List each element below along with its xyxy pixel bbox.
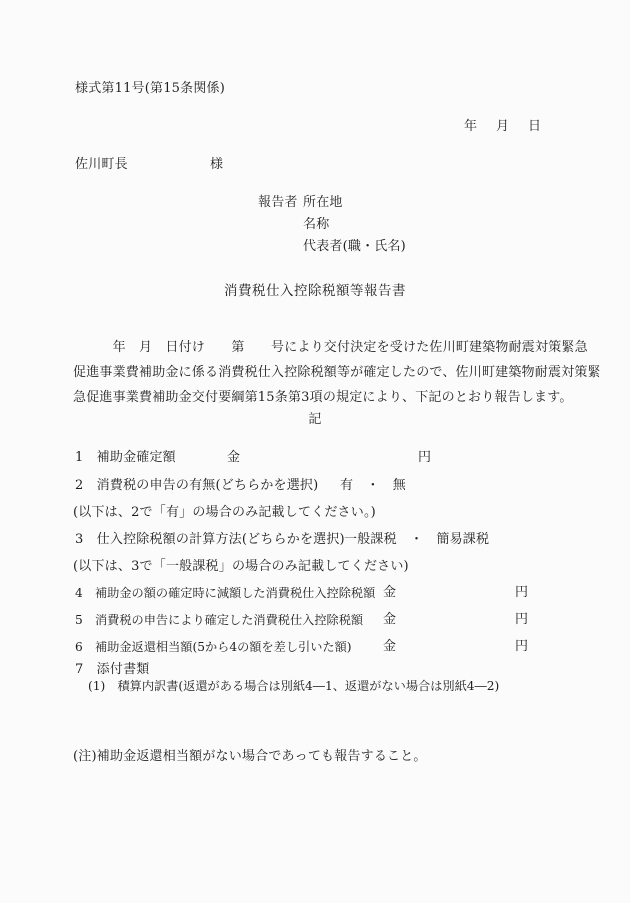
item-5-amount-prefix: 金 — [383, 612, 396, 628]
item-5-amount-suffix: 円 — [515, 612, 528, 628]
item-1-label: 1 補助金確定額 — [75, 450, 176, 466]
body-line-3: 急促進事業費補助金交付要綱第15条第3項の規定により、下記のとおり報告します。 — [73, 390, 573, 406]
item-1-amount-prefix: 金 — [227, 450, 240, 466]
body-line-2: 促進事業費補助金に係る消費税仕入控除税額等が確定したので、佐川町建築物耐震対策緊 — [73, 365, 601, 381]
item-7-label: 7 添付書類 — [75, 662, 149, 678]
item-4-amount-prefix: 金 — [383, 585, 396, 601]
item-4-label: 4 補助金の額の確定時に減額した消費税仕入控除税額 — [75, 585, 375, 601]
addressee-name: 佐川町長 — [75, 157, 128, 173]
item-2-choices: 有 ・ 無 — [340, 478, 406, 494]
reporter-field-address: 所在地 — [303, 195, 343, 211]
reporter-field-name: 名称 — [303, 217, 329, 233]
document-page: 様式第11号(第15条関係) 年 月 日 佐川町長 様 報告者 所在地 名称 代… — [0, 0, 630, 903]
item-3-note: (以下は、3で「一般課税」の場合のみ記載してください) — [73, 559, 409, 575]
date-line: 年 月 日 — [464, 119, 544, 135]
item-3-label: 3 仕入控除税額の計算方法(どちらかを選択) — [75, 532, 345, 548]
body-line-1: 年 月 日付け 第 号により交付決定を受けた佐川町建築物耐震対策緊急 — [73, 340, 588, 356]
document-title: 消費税仕入控除税額等報告書 — [0, 283, 630, 299]
reporter-label: 報告者 — [258, 195, 298, 211]
item-2-label: 2 消費税の申告の有無(どちらかを選択) — [75, 478, 318, 494]
footnote: (注)補助金返還相当額がない場合であっても報告すること。 — [73, 749, 427, 765]
item-6-amount-suffix: 円 — [515, 639, 528, 655]
item-4-amount-suffix: 円 — [515, 585, 528, 601]
item-2-note: (以下は、2で「有」の場合のみ記載してください。) — [73, 505, 376, 521]
item-7-attachment: (1) 積算内訳書(返還がある場合は別紙4―1、返還がない場合は別紙4―2) — [88, 678, 499, 694]
item-1-amount-suffix: 円 — [418, 450, 431, 466]
record-marker: 記 — [0, 412, 630, 428]
item-6-amount-prefix: 金 — [383, 639, 396, 655]
item-6-label: 6 補助金返還相当額(5から4の額を差し引いた額) — [75, 639, 352, 655]
form-number: 様式第11号(第15条関係) — [75, 81, 225, 97]
reporter-field-representative: 代表者(職・氏名) — [303, 239, 406, 255]
item-5-label: 5 消費税の申告により確定した消費税仕入控除税額 — [75, 612, 363, 628]
item-3-choices: 一般課税 ・ 簡易課税 — [344, 532, 489, 548]
addressee-honorific: 様 — [210, 157, 223, 173]
